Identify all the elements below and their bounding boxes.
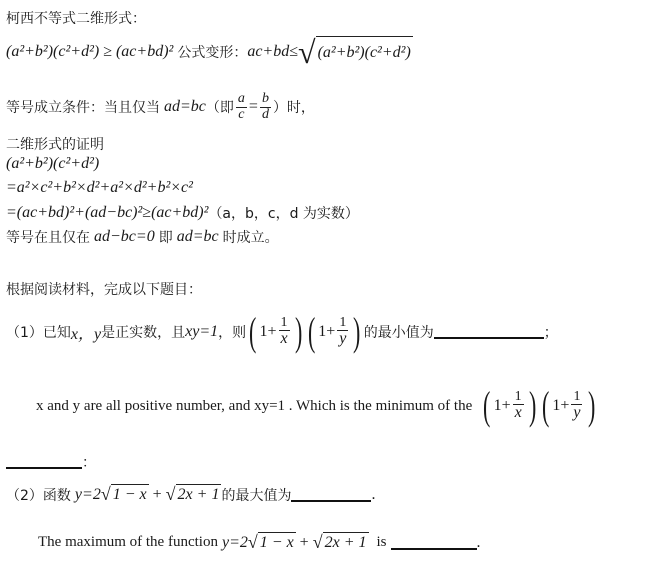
q1-en-end-punct: ： bbox=[82, 452, 96, 472]
plus-sign: + bbox=[153, 486, 162, 504]
question-1-en-blank-line: ： bbox=[6, 452, 96, 472]
answer-blank-2-en[interactable] bbox=[391, 536, 477, 550]
radical-icon: √ bbox=[101, 484, 111, 505]
proof-step-3: =(ac+bd)²+(ad−bc)²≥(ac+bd)² （a，b，c，d 为实数… bbox=[6, 203, 359, 223]
proof-step-1-text: (a²+b²)(c²+d²) bbox=[6, 155, 99, 173]
plus-sign-en: + bbox=[300, 534, 309, 552]
fraction-a-over-c: a c bbox=[236, 92, 247, 122]
q2-end-punct: . bbox=[371, 486, 375, 504]
radical-icon: √ bbox=[298, 36, 316, 68]
q1-vars: x，y bbox=[71, 321, 101, 344]
cauchy-inequality: (a²+b²)(c²+d²) ≥ (ac+bd)² bbox=[6, 43, 173, 61]
q2-suffix: 的最大值为 bbox=[221, 485, 291, 505]
cauchy-inequality-line: (a²+b²)(c²+d²) ≥ (ac+bd)² 公式变形： ac+bd≤ √… bbox=[6, 36, 413, 68]
frac-numerator: a bbox=[236, 92, 247, 108]
q1-prefix: 已知 bbox=[43, 322, 71, 342]
equality-condition-line: 等号成立条件：当且仅当 ad=bc （即 a c = b d ）时， bbox=[6, 92, 315, 122]
equality-condition-suffix: ）时， bbox=[273, 97, 315, 117]
q2-prefix: 函数 bbox=[43, 485, 71, 505]
proof-title: 二维形式的证明 bbox=[6, 134, 104, 154]
q1-condition: xy=1 bbox=[185, 323, 218, 341]
cauchy-title-text: 柯西不等式二维形式： bbox=[6, 8, 146, 28]
radicand-1: 1 − x bbox=[111, 484, 149, 505]
frac-denominator: c bbox=[236, 108, 246, 123]
proof-step-2: =a²×c²+b²×d²+a²×d²+b²×c² bbox=[6, 179, 193, 197]
sqrt-2x-plus-1-en: √ 2x + 1 bbox=[313, 532, 369, 553]
instructions: 根据阅读材料，完成以下题目： bbox=[6, 279, 202, 299]
radical-icon: √ bbox=[166, 484, 176, 505]
question-2-cn: （2） 函数 y=2 √ 1 − x + √ 2x + 1 的最大值为 . bbox=[6, 484, 375, 505]
question-2-number: （2） bbox=[6, 485, 43, 505]
q1-end-punct: ； bbox=[544, 322, 558, 342]
cauchy-title: 柯西不等式二维形式： bbox=[6, 8, 146, 28]
sqrt-1-minus-x: √ 1 − x bbox=[101, 484, 149, 505]
radical-icon: √ bbox=[248, 532, 258, 553]
radicand-2-en: 2x + 1 bbox=[323, 532, 369, 553]
proof-step-2-text: =a²×c²+b²×d²+a²×d²+b²×c² bbox=[6, 179, 193, 197]
equality-paren-open: （即 bbox=[206, 97, 234, 117]
question-1-en: x and y are all positive number, and xy=… bbox=[36, 386, 598, 426]
q2-english-prefix: The maximum of the function bbox=[38, 534, 218, 551]
question-1-number: （1） bbox=[6, 322, 43, 342]
conclusion-suffix: 时成立。 bbox=[223, 227, 279, 247]
radicand-1-en: 1 − x bbox=[258, 532, 296, 553]
frac-denominator: d bbox=[260, 108, 271, 123]
q2-english-suffix: is bbox=[377, 534, 387, 551]
answer-blank-2[interactable] bbox=[291, 488, 371, 502]
q2-func-lhs: y=2 bbox=[75, 486, 101, 504]
radicand-2: 2x + 1 bbox=[176, 484, 222, 505]
sqrt-2x-plus-1: √ 2x + 1 bbox=[166, 484, 222, 505]
radical-icon: √ bbox=[313, 532, 323, 553]
proof-title-text: 二维形式的证明 bbox=[6, 134, 104, 154]
equality-condition-prefix: 等号成立条件：当且仅当 bbox=[6, 97, 160, 117]
transform-lhs: ac+bd≤ bbox=[247, 43, 298, 61]
q1-then: ，则 bbox=[218, 322, 246, 342]
transform-label: 公式变形： bbox=[177, 42, 247, 62]
q2-en-end-punct: . bbox=[477, 534, 481, 552]
conclusion-prefix: 等号在且仅在 bbox=[6, 227, 90, 247]
frac-numerator: b bbox=[260, 92, 271, 108]
equality-condition-expr: ad=bc bbox=[164, 98, 206, 116]
conclusion-mid: 即 bbox=[159, 227, 173, 247]
answer-blank-1-en[interactable] bbox=[6, 455, 82, 469]
proof-conclusion: 等号在且仅在 ad−bc=0 即 ad=bc 时成立。 bbox=[6, 227, 279, 247]
q1-suffix: 的最小值为 bbox=[364, 322, 434, 342]
q2-en-func-lhs: y=2 bbox=[222, 534, 248, 552]
proof-step-1: (a²+b²)(c²+d²) bbox=[6, 155, 99, 173]
proof-step-3-note: （a，b，c，d 为实数） bbox=[208, 203, 359, 223]
q1-en-expression: (1+ 1x )(1+ 1y ) bbox=[480, 386, 598, 426]
answer-blank-1[interactable] bbox=[434, 325, 544, 339]
instructions-text: 根据阅读材料，完成以下题目： bbox=[6, 279, 202, 299]
proof-step-3-text: =(ac+bd)²+(ad−bc)²≥(ac+bd)² bbox=[6, 204, 208, 222]
transform-radicand: (a²+b²)(c²+d²) bbox=[316, 36, 413, 68]
fraction-b-over-d: b d bbox=[260, 92, 271, 122]
conclusion-expr-1: ad−bc=0 bbox=[94, 228, 155, 246]
q1-mid: 是正实数，且 bbox=[101, 322, 185, 342]
q1-english-text: x and y are all positive number, and xy=… bbox=[36, 398, 472, 415]
sqrt-1-minus-x-en: √ 1 − x bbox=[248, 532, 296, 553]
question-2-en: The maximum of the function y=2 √ 1 − x … bbox=[38, 532, 481, 553]
conclusion-expr-2: ad=bc bbox=[177, 228, 219, 246]
q1-expression: (1+ 1x )(1+ 1y ) bbox=[246, 312, 364, 352]
question-1-cn: （1） 已知 x，y 是正实数，且 xy=1 ，则 (1+ 1x )(1+ 1y… bbox=[6, 312, 558, 352]
sqrt-expression: √ (a²+b²)(c²+d²) bbox=[298, 36, 413, 68]
